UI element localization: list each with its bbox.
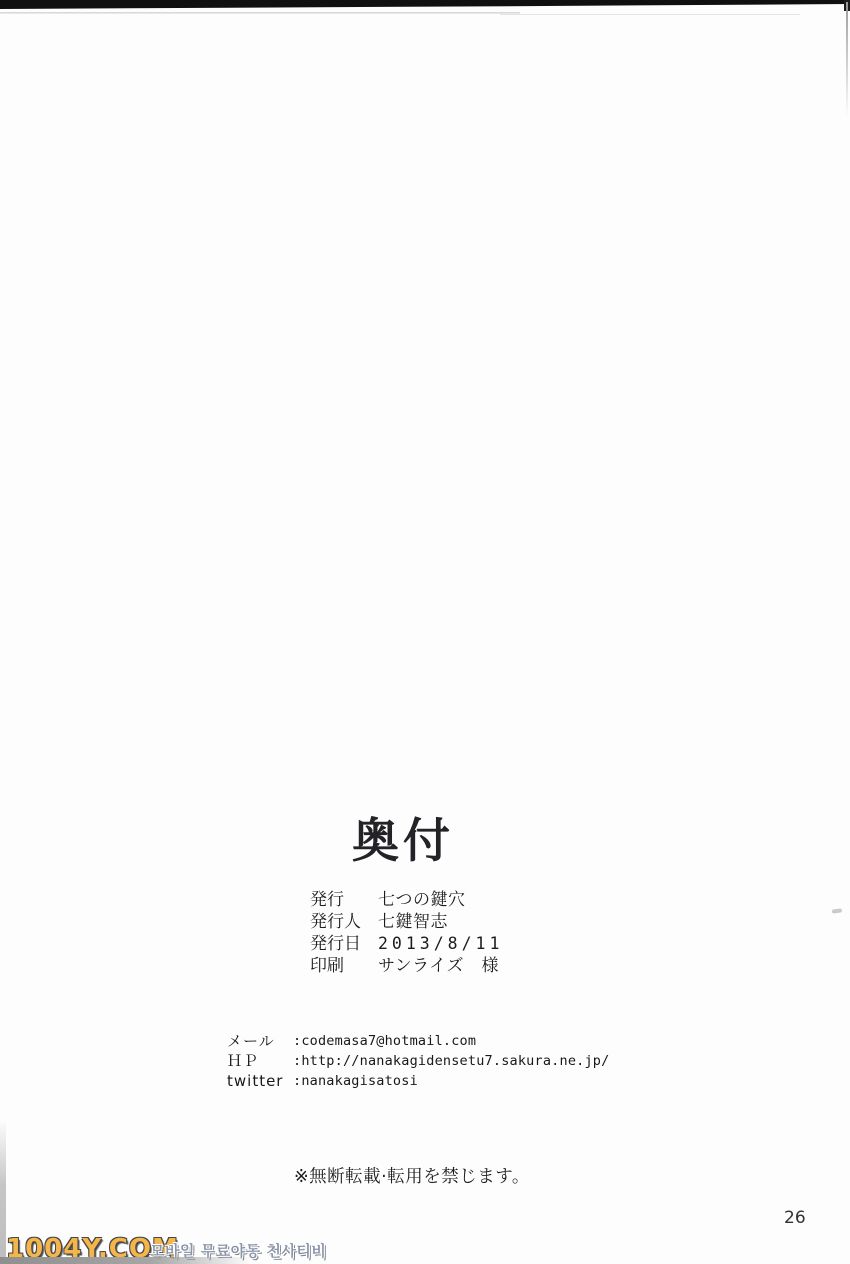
publication-label: 発行人 [310,911,378,933]
publication-label: 発行日 [310,933,378,955]
publication-value: 七つの鍵穴 [378,889,466,911]
scan-artifact-dash [832,908,842,913]
publication-value: 七鍵智志 [378,911,448,933]
publication-label: 印刷 [310,955,378,977]
contact-email-value: :codemasa7@hotmail.com [293,1031,476,1051]
page-title: 奥付 [352,804,454,871]
publication-value: サンライズ 様 [378,955,499,977]
publication-row-printer: 印刷 サンライズ 様 [310,955,503,977]
scan-edge-top [0,0,850,20]
contact-label: ＨＰ [227,1051,293,1071]
page-number: 26 [784,1208,806,1228]
reprint-notice: ※無断転載·転用を禁じます。 [294,1163,530,1188]
watermark-underline-strip [0,1257,252,1264]
publication-row-author: 発行人 七鍵智志 [310,911,503,933]
contact-twitter-value: :nanakagisatosi [293,1071,418,1091]
scanned-page: 奥付 発行 七つの鍵穴 発行人 七鍵智志 発行日 2013/8/11 印刷 サン… [0,0,850,1264]
contact-row-homepage: ＨＰ :http://nanakagidensetu7.sakura.ne.jp… [227,1051,609,1071]
publication-row-publisher: 発行 七つの鍵穴 [310,889,503,911]
contact-row-twitter: twitter :nanakagisatosi [227,1071,609,1091]
publication-label: 発行 [310,889,378,911]
contact-homepage-value: :http://nanakagidensetu7.sakura.ne.jp/ [293,1051,609,1071]
contact-label: メール [227,1031,293,1051]
contact-info: メール :codemasa7@hotmail.com ＨＰ :http://na… [227,1031,609,1091]
publication-info: 発行 七つの鍵穴 発行人 七鍵智志 発行日 2013/8/11 印刷 サンライズ… [310,889,503,977]
contact-label: twitter [227,1071,293,1091]
publication-value: 2013/8/11 [378,933,503,955]
contact-row-email: メール :codemasa7@hotmail.com [227,1031,609,1051]
publication-row-date: 発行日 2013/8/11 [310,933,503,955]
scan-edge-right [846,2,848,117]
